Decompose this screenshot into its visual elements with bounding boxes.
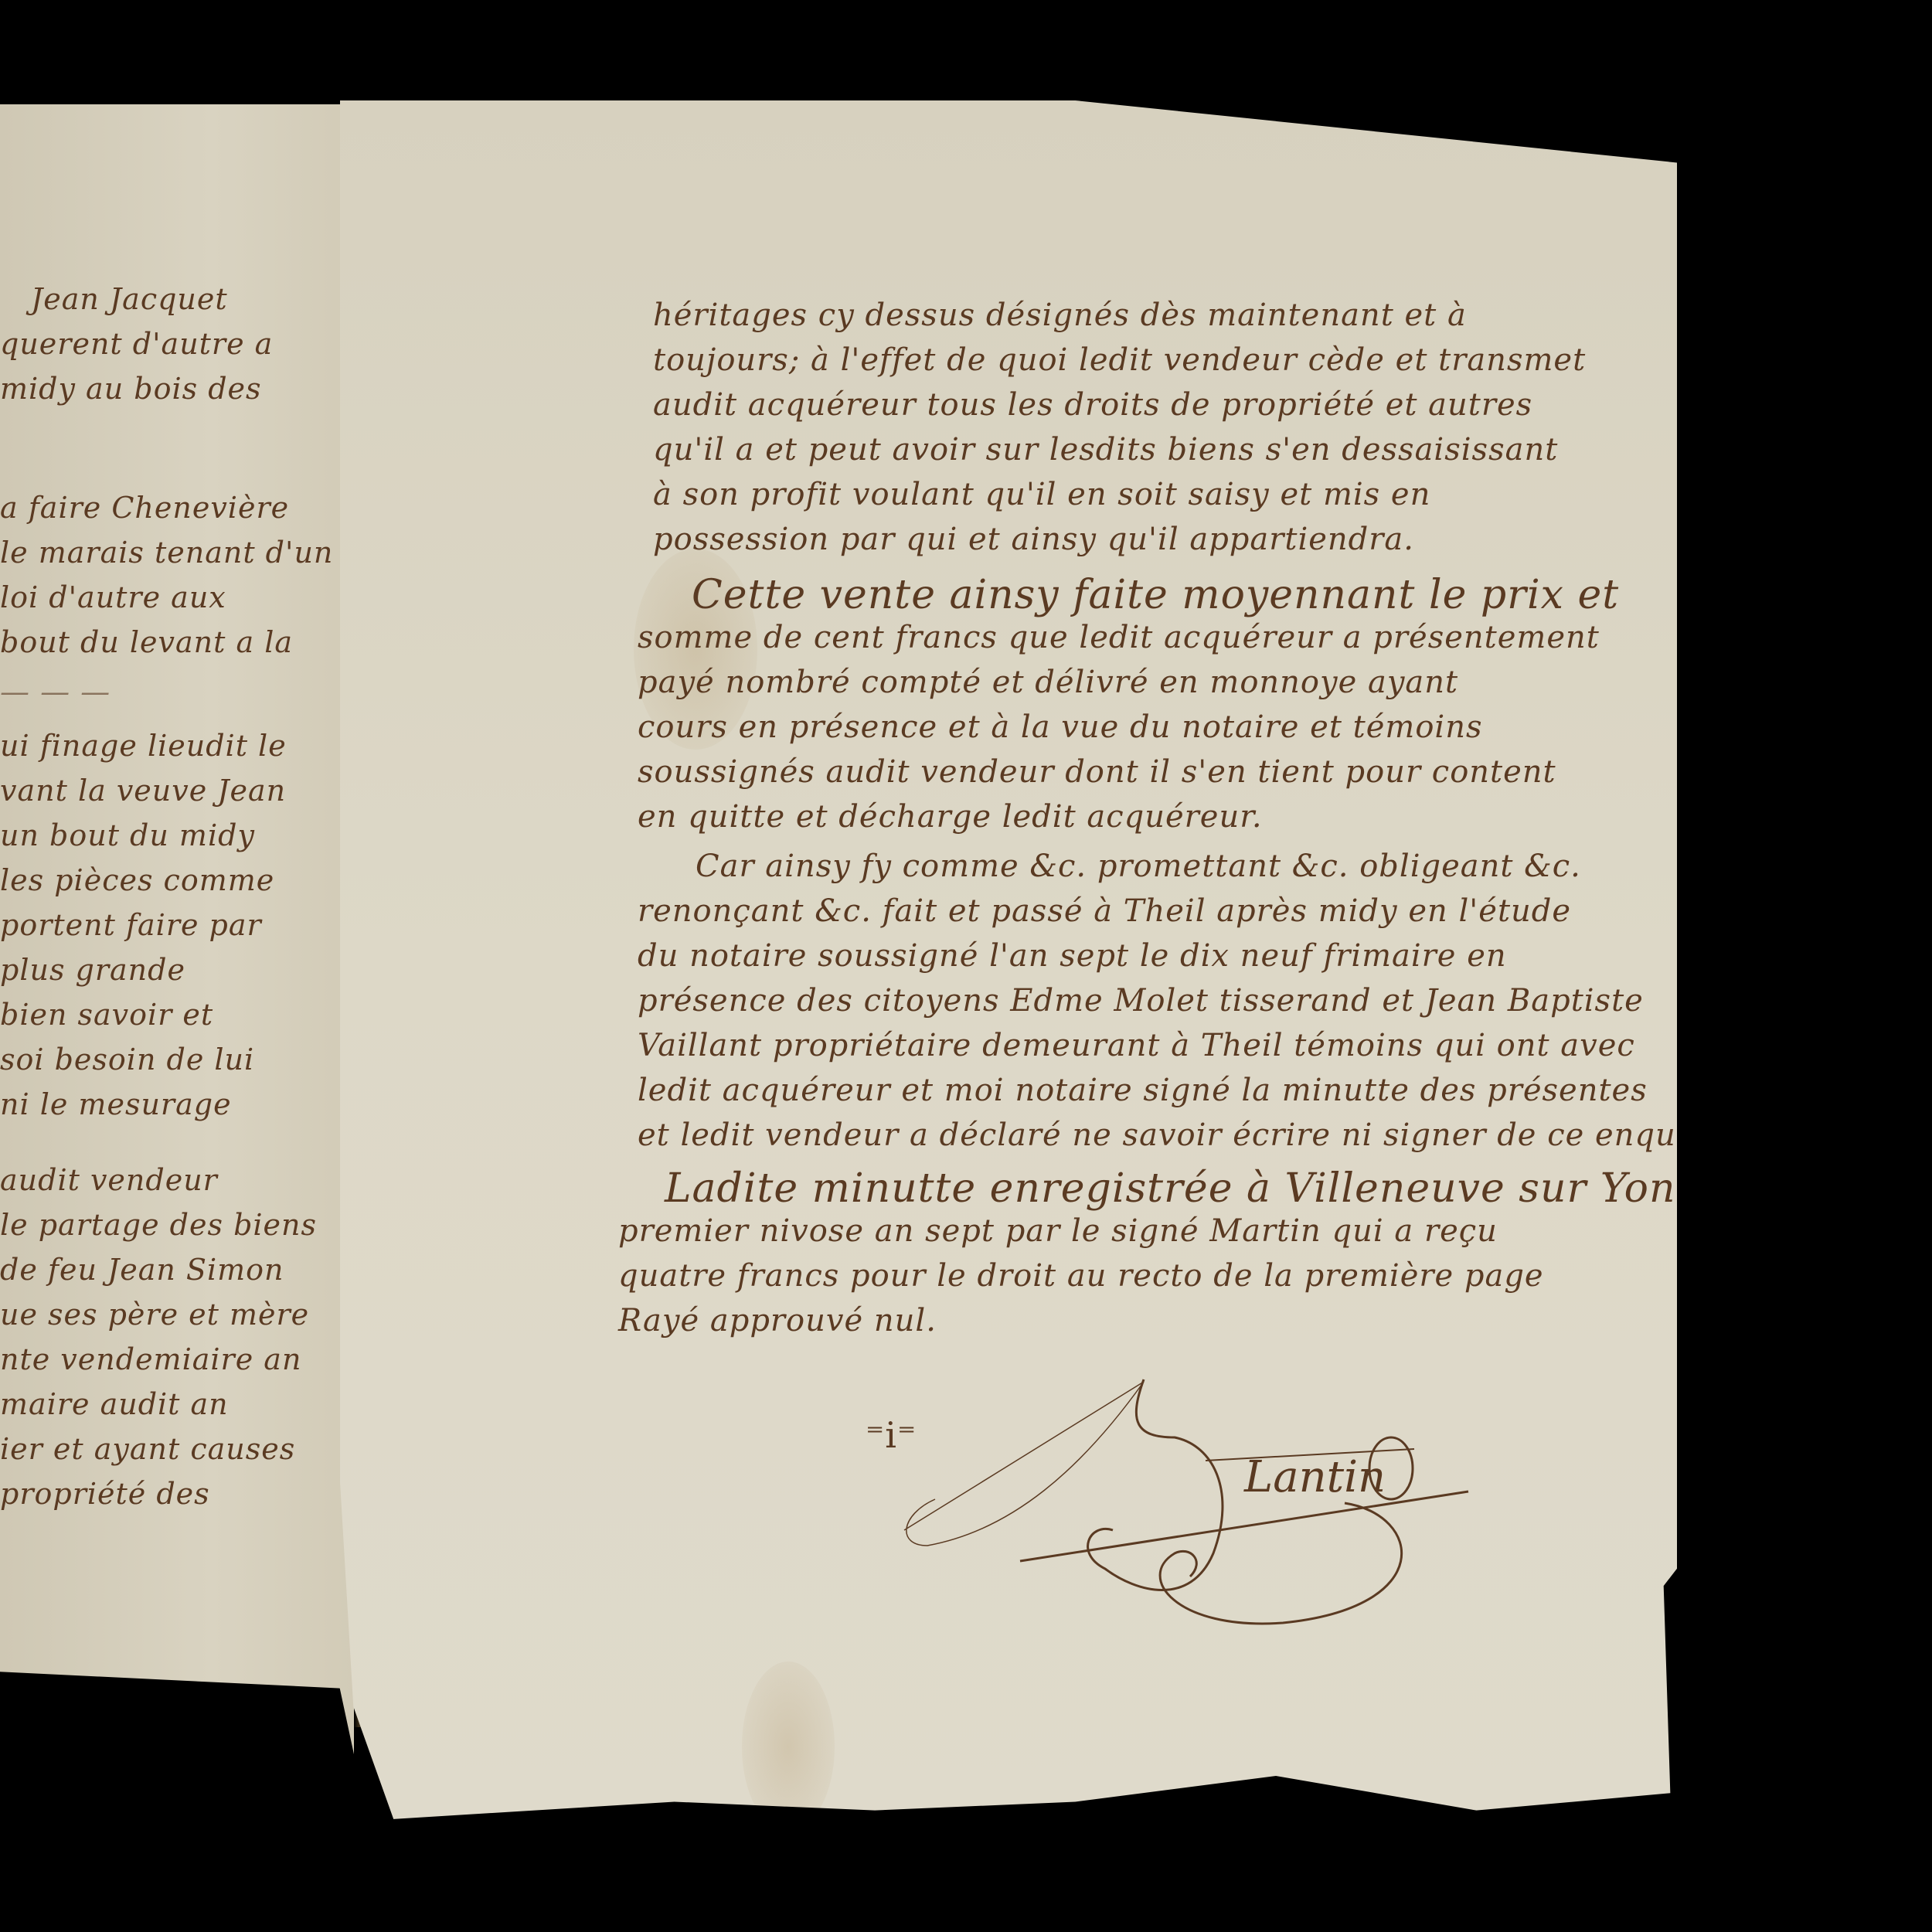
- deed-line: du notaire soussigné l'an sept le dix ne…: [638, 938, 1507, 974]
- deed-line: renonçant &c. fait et passé à Theil aprè…: [638, 893, 1571, 929]
- left-line: portent faire par: [0, 908, 262, 942]
- left-page: Jean Jacquet querent d'autre a midy au b…: [0, 104, 354, 1754]
- deed-line: cours en présence et à la vue du notaire…: [638, 709, 1482, 745]
- deed-line: qu'il a et peut avoir sur lesdits biens …: [653, 432, 1558, 468]
- deed-line: Rayé approuvé nul.: [618, 1303, 937, 1338]
- left-line: ni le mesurage: [0, 1087, 232, 1121]
- left-line: plus grande: [0, 953, 185, 987]
- foxing-stain: [742, 1662, 835, 1832]
- deed-line: Vaillant propriétaire demeurant à Theil …: [638, 1028, 1635, 1063]
- deed-line: Car ainsy fy comme &c. promettant &c. ob…: [696, 849, 1581, 884]
- notary-signature: Lantin: [881, 1376, 1484, 1631]
- left-line: Jean Jacquet: [31, 282, 228, 316]
- deed-line: à son profit voulant qu'il en soit saisy…: [653, 477, 1430, 512]
- deed-line: présence des citoyens Edme Molet tissera…: [638, 983, 1644, 1019]
- deed-line: Cette vente ainsy faite moyennant le pri…: [692, 572, 1619, 618]
- left-rule: — — —: [0, 675, 111, 709]
- left-line: a faire Chenevière: [0, 491, 289, 525]
- left-line: midy au bois des: [0, 372, 262, 406]
- left-line: maire audit an: [0, 1387, 229, 1421]
- deed-line: héritages cy dessus désignés dès mainten…: [653, 298, 1467, 333]
- left-line: audit vendeur: [0, 1163, 218, 1197]
- deed-line: audit acquéreur tous les droits de propr…: [653, 387, 1532, 423]
- left-line: ue ses père et mère: [0, 1298, 309, 1332]
- signature-text: Lantin: [1243, 1452, 1386, 1502]
- left-line: soi besoin de lui: [0, 1043, 254, 1077]
- deed-line: somme de cent francs que ledit acquéreur…: [638, 620, 1600, 655]
- left-line: bout du levant a la: [0, 625, 293, 659]
- deed-line: payé nombré compté et délivré en monnoye…: [638, 665, 1458, 700]
- signature-flourish-icon: Lantin: [881, 1376, 1484, 1631]
- left-line: querent d'autre a: [0, 327, 273, 361]
- deed-line: Ladite minutte enregistrée à Villeneuve …: [665, 1165, 1779, 1212]
- left-line: le partage des biens: [0, 1208, 317, 1242]
- deed-line: premier nivose an sept par le signé Mart…: [618, 1213, 1498, 1249]
- left-line: propriété des: [0, 1477, 210, 1511]
- left-line: bien savoir et: [0, 998, 213, 1032]
- deed-line: et ledit vendeur a déclaré ne savoir écr…: [638, 1117, 1714, 1153]
- left-line: vant la veuve Jean: [0, 774, 286, 808]
- deed-line: quatre francs pour le droit au recto de …: [618, 1258, 1544, 1294]
- deed-line: ledit acquéreur et moi notaire signé la …: [638, 1073, 1648, 1108]
- left-line: de feu Jean Simon: [0, 1253, 284, 1287]
- left-line: ier et ayant causes: [0, 1432, 295, 1466]
- left-line: un bout du midy: [0, 818, 255, 852]
- deed-line: toujours; à l'effet de quoi ledit vendeu…: [653, 342, 1586, 378]
- left-line: loi d'autre aux: [0, 580, 226, 614]
- deed-line: possession par qui et ainsy qu'il appart…: [653, 522, 1414, 557]
- left-line: ui finage lieudit le: [0, 729, 287, 763]
- left-line: les pièces comme: [0, 863, 274, 897]
- deed-line: en quitte et décharge ledit acquéreur.: [638, 799, 1263, 835]
- left-line: le marais tenant d'un: [0, 536, 333, 570]
- deed-line: soussignés audit vendeur dont il s'en ti…: [638, 754, 1556, 790]
- left-line: nte vendemiaire an: [0, 1342, 301, 1376]
